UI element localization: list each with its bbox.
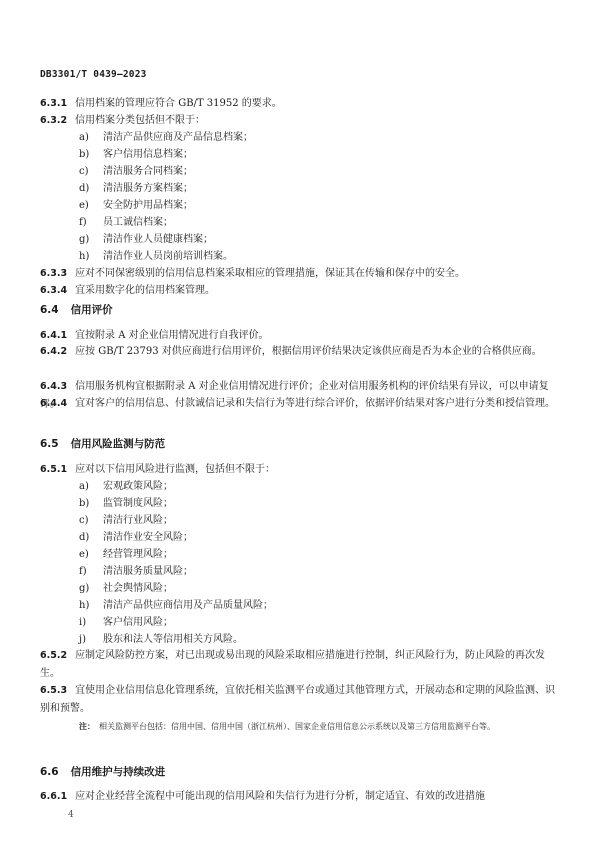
list-item: f)员工诚信档案； <box>79 216 173 230</box>
clause-6-5-1: 6.5.1应对以下信用风险进行监测，包括但不限于： <box>40 463 275 477</box>
section-heading-6-6: 6.6信用维护与持续改进 <box>40 764 165 779</box>
clause-6-4-1: 6.4.1宜按附录 A 对企业信用情况进行自我评价。 <box>40 329 269 343</box>
list-item: h)清洁作业人员岗前培训档案。 <box>79 250 233 264</box>
page-number: 4 <box>68 810 74 820</box>
list-item: g)社会舆情风险； <box>79 582 173 596</box>
clause-6-3-2: 6.3.2信用档案分类包括但不限于： <box>40 114 205 128</box>
list-item: a)清洁产品供应商及产品信息档案； <box>79 131 253 145</box>
clause-6-5-3: 6.5.3宜使用企业信用信息化管理系统，宜依托相关监测平台或通过其他管理方式，开… <box>40 682 560 717</box>
list-item: h)清洁产品供应商信用及产品质量风险； <box>79 599 273 613</box>
clause-6-4-4: 6.4.4宜对客户的信用信息、付款诚信记录和失信行为等进行综合评价，依据评价结果… <box>40 395 560 413</box>
list-item: j)股东和法人等信用相关方风险。 <box>79 633 243 647</box>
list-item: e)经营管理风险； <box>79 548 173 562</box>
list-item: g)清洁作业人员健康档案； <box>79 233 213 247</box>
clause-6-5-2: 6.5.2应制定风险防控方案，对已出现或易出现的风险采取相应措施进行控制，纠正风… <box>40 647 560 682</box>
clause-6-6-1: 6.6.1应对企业经营全流程中可能出现的信用风险和失信行为进行分析，制定适宜、有… <box>40 790 485 804</box>
list-item: d)清洁服务方案档案； <box>79 182 193 196</box>
list-item: e)安全防护用品档案； <box>79 199 193 213</box>
note: 注：相关监测平台包括：信用中国、信用中国（浙江杭州）、国家企业信用信息公示系统以… <box>79 720 519 734</box>
list-item: c)清洁服务合同档案； <box>79 165 193 179</box>
clause-6-3-4: 6.3.4宜采用数字化的信用档案管理。 <box>40 284 215 298</box>
section-heading-6-5: 6.5信用风险监测与防范 <box>40 436 165 451</box>
clause-6-3-1: 6.3.1信用档案的管理应符合 GB/T 31952 的要求。 <box>40 97 282 111</box>
list-item: i)客户信用风险； <box>79 616 173 630</box>
list-item: f)清洁服务质量风险； <box>79 565 193 579</box>
standard-code-header: DB3301/T 0439—2023 <box>40 69 147 80</box>
clause-6-4-2: 6.4.2应按 GB/T 23793 对供应商进行信用评价，根据信用评价结果决定… <box>40 343 560 361</box>
list-item: a)宏观政策风险； <box>79 480 173 494</box>
section-heading-6-4: 6.4信用评价 <box>40 302 113 317</box>
list-item: b)客户信用信息档案； <box>79 148 193 162</box>
list-item: d)清洁作业安全风险； <box>79 531 193 545</box>
list-item: b)监管制度风险； <box>79 497 173 511</box>
clause-6-3-3: 6.3.3应对不同保密级别的信用信息档案采取相应的管理措施，保证其在传输和保存中… <box>40 267 465 281</box>
list-item: c)清洁行业风险； <box>79 514 173 528</box>
